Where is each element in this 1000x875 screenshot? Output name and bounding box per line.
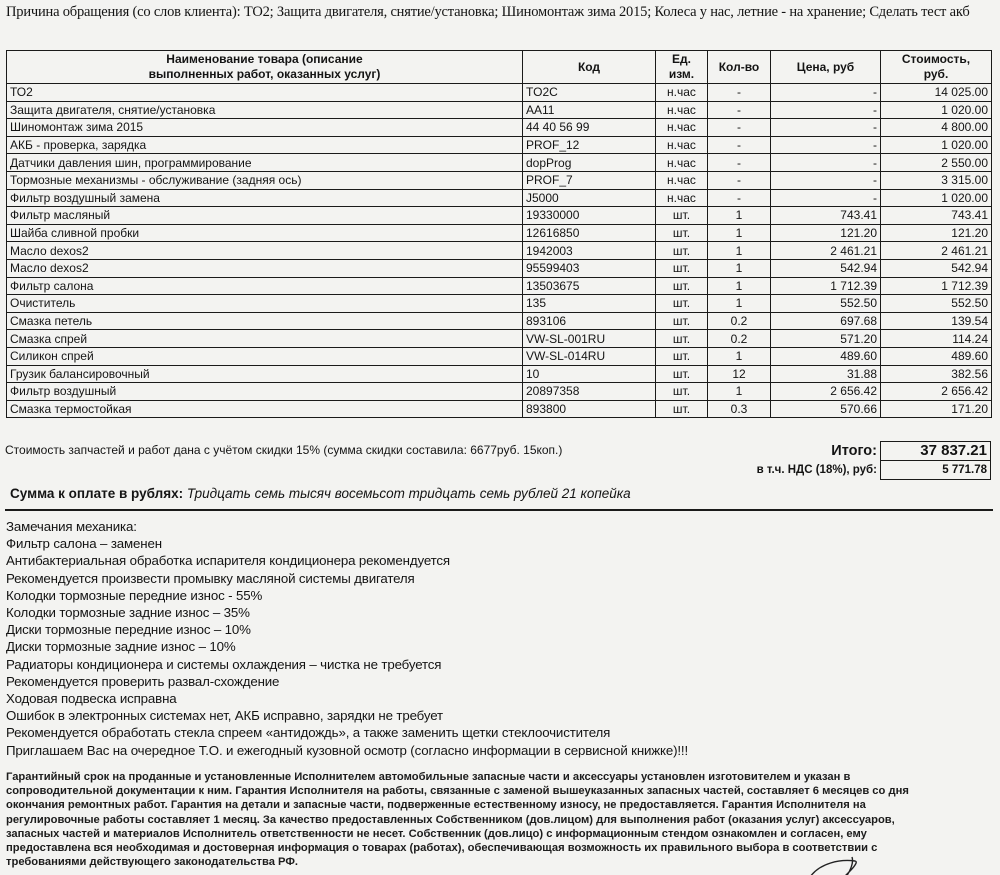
- signature-icon: [800, 855, 890, 875]
- cell-unit: шт.: [656, 330, 708, 348]
- cell-unit: шт.: [656, 383, 708, 401]
- cell-code: 19330000: [523, 207, 656, 225]
- cell-name: АКБ - проверка, зарядка: [7, 136, 523, 154]
- cell-unit: шт.: [656, 207, 708, 225]
- cell-qty: 1: [708, 277, 771, 295]
- cell-cost: 114.24: [881, 330, 992, 348]
- header-unit: Ед. изм.: [656, 51, 708, 84]
- cell-unit: н.час: [656, 119, 708, 137]
- cell-qty: 12: [708, 365, 771, 383]
- cell-cost: 3 315.00: [881, 171, 992, 189]
- cell-code: VW-SL-001RU: [523, 330, 656, 348]
- cell-cost: 743.41: [881, 207, 992, 225]
- mechanic-note-item: Диски тормозные задние износ – 10%: [6, 638, 610, 655]
- header-cost: Стоимость, руб.: [881, 51, 992, 84]
- warranty-line: окончания ремонтных работ. Гарантия на д…: [6, 798, 996, 812]
- totals-block: Итого: 37 837.21 в т.ч. НДС (18%), руб: …: [700, 441, 991, 480]
- cell-name: Шайба сливной пробки: [7, 224, 523, 242]
- cell-cost: 2 656.42: [881, 383, 992, 401]
- mechanic-note-item: Ошибок в электронных системах нет, АКБ и…: [6, 707, 610, 724]
- warranty-line: запасных частей и материалов Исполнитель…: [6, 827, 996, 841]
- mechanic-note-item: Ходовая подвеска исправна: [6, 690, 610, 707]
- warranty-line: сопроводительной документации к ним. Гар…: [6, 784, 996, 798]
- mechanic-note-item: Рекомендуется обработать стекла спреем «…: [6, 724, 610, 741]
- cell-name: Шиномонтаж зима 2015: [7, 119, 523, 137]
- cell-code: 44 40 56 99: [523, 119, 656, 137]
- cell-price: 2 656.42: [771, 383, 881, 401]
- cell-unit: шт.: [656, 242, 708, 260]
- cell-price: 570.66: [771, 400, 881, 418]
- cell-unit: шт.: [656, 259, 708, 277]
- invitation-text: Приглашаем Вас на очередное Т.О. и ежего…: [6, 743, 688, 758]
- cell-cost: 489.60: [881, 347, 992, 365]
- cell-code: 1942003: [523, 242, 656, 260]
- cell-cost: 382.56: [881, 365, 992, 383]
- cell-cost: 171.20: [881, 400, 992, 418]
- mechanic-note-item: Рекомендуется проверить развал-схождение: [6, 673, 610, 690]
- cell-price: 121.20: [771, 224, 881, 242]
- cell-code: PROF_7: [523, 171, 656, 189]
- vat-label: в т.ч. НДС (18%), руб:: [700, 461, 881, 480]
- cell-cost: 1 020.00: [881, 101, 992, 119]
- cell-qty: -: [708, 84, 771, 102]
- table-row: Тормозные механизмы - обслуживание (задн…: [7, 171, 992, 189]
- cell-price: 489.60: [771, 347, 881, 365]
- table-row: Масло dexos295599403шт.1542.94542.94: [7, 259, 992, 277]
- cell-qty: 0.2: [708, 312, 771, 330]
- sum-in-words-label: Сумма к оплате в рублях:: [10, 486, 183, 501]
- cell-qty: 1: [708, 347, 771, 365]
- table-header-row: Наименование товара (описание выполненны…: [7, 51, 992, 84]
- cell-name: Фильтр воздушный замена: [7, 189, 523, 207]
- header-name: Наименование товара (описание выполненны…: [7, 51, 523, 84]
- cell-cost: 542.94: [881, 259, 992, 277]
- cell-qty: 1: [708, 259, 771, 277]
- cell-cost: 1 020.00: [881, 136, 992, 154]
- cell-cost: 139.54: [881, 312, 992, 330]
- cell-price: -: [771, 189, 881, 207]
- cell-cost: 14 025.00: [881, 84, 992, 102]
- cell-code: 10: [523, 365, 656, 383]
- warranty-line: Гарантийный срок на проданные и установл…: [6, 770, 996, 784]
- cell-price: 2 461.21: [771, 242, 881, 260]
- table-row: Смазка спрейVW-SL-001RUшт.0.2571.20114.2…: [7, 330, 992, 348]
- cell-price: 31.88: [771, 365, 881, 383]
- table-row: Грузик балансировочный10шт.1231.88382.56: [7, 365, 992, 383]
- table-row: Фильтр воздушный20897358шт.12 656.422 65…: [7, 383, 992, 401]
- cell-unit: н.час: [656, 189, 708, 207]
- cell-price: 743.41: [771, 207, 881, 225]
- table-row: Датчики давления шин, программированиеdo…: [7, 154, 992, 172]
- mechanic-note-item: Рекомендуется произвести промывку маслян…: [6, 570, 610, 587]
- total-value: 37 837.21: [881, 442, 991, 461]
- cell-code: 13503675: [523, 277, 656, 295]
- cell-qty: 1: [708, 224, 771, 242]
- mechanic-note-item: Радиаторы кондиционера и системы охлажде…: [6, 656, 610, 673]
- cell-price: 571.20: [771, 330, 881, 348]
- table-row: Фильтр салона13503675шт.11 712.391 712.3…: [7, 277, 992, 295]
- cell-cost: 1 020.00: [881, 189, 992, 207]
- mechanic-note-item: Фильтр салона – заменен: [6, 535, 610, 552]
- cell-name: Очиститель: [7, 295, 523, 313]
- cell-price: -: [771, 101, 881, 119]
- cell-qty: -: [708, 119, 771, 137]
- cell-qty: 1: [708, 207, 771, 225]
- cell-cost: 1 712.39: [881, 277, 992, 295]
- table-row: Смазка термостойкая893800шт.0.3570.66171…: [7, 400, 992, 418]
- table-row: Силикон спрейVW-SL-014RUшт.1489.60489.60: [7, 347, 992, 365]
- cell-name: Смазка спрей: [7, 330, 523, 348]
- cell-name: Тормозные механизмы - обслуживание (задн…: [7, 171, 523, 189]
- cell-name: ТО2: [7, 84, 523, 102]
- cell-qty: -: [708, 171, 771, 189]
- cell-price: -: [771, 119, 881, 137]
- cell-qty: 1: [708, 242, 771, 260]
- table-row: Масло dexos21942003шт.12 461.212 461.21: [7, 242, 992, 260]
- table-row: Смазка петель893106шт.0.2697.68139.54: [7, 312, 992, 330]
- cell-name: Грузик балансировочный: [7, 365, 523, 383]
- cell-code: 893106: [523, 312, 656, 330]
- warranty-line: предоставлена вся необходимая и достовер…: [6, 841, 996, 855]
- cell-cost: 4 800.00: [881, 119, 992, 137]
- cell-unit: шт.: [656, 347, 708, 365]
- header-qty: Кол-во: [708, 51, 771, 84]
- cell-qty: -: [708, 136, 771, 154]
- cell-price: -: [771, 84, 881, 102]
- cell-cost: 2 550.00: [881, 154, 992, 172]
- cell-price: -: [771, 136, 881, 154]
- cell-code: J5000: [523, 189, 656, 207]
- cell-unit: шт.: [656, 400, 708, 418]
- cell-unit: н.час: [656, 136, 708, 154]
- cell-code: 135: [523, 295, 656, 313]
- cell-name: Датчики давления шин, программирование: [7, 154, 523, 172]
- cell-code: VW-SL-014RU: [523, 347, 656, 365]
- cell-unit: шт.: [656, 312, 708, 330]
- sum-in-words-value: Тридцать семь тысяч восемьсот тридцать с…: [187, 486, 631, 501]
- section-divider: [5, 509, 993, 511]
- cell-code: 12616850: [523, 224, 656, 242]
- mechanic-notes-title: Замечания механика:: [6, 518, 610, 535]
- table-row: ТО2TO2Cн.час--14 025.00: [7, 84, 992, 102]
- header-code: Код: [523, 51, 656, 84]
- table-row: Защита двигателя, снятие/установкаAA11н.…: [7, 101, 992, 119]
- table-row: Очиститель135шт.1552.50552.50: [7, 295, 992, 313]
- cell-code: PROF_12: [523, 136, 656, 154]
- mechanic-note-item: Колодки тормозные передние износ - 55%: [6, 587, 610, 604]
- cell-unit: н.час: [656, 154, 708, 172]
- cell-name: Смазка термостойкая: [7, 400, 523, 418]
- cell-unit: шт.: [656, 295, 708, 313]
- cell-code: 893800: [523, 400, 656, 418]
- table-row: Фильтр масляный19330000шт.1743.41743.41: [7, 207, 992, 225]
- cell-price: 542.94: [771, 259, 881, 277]
- cell-name: Масло dexos2: [7, 242, 523, 260]
- mechanic-note-item: Колодки тормозные задние износ – 35%: [6, 604, 610, 621]
- mechanic-note-item: Диски тормозные передние износ – 10%: [6, 621, 610, 638]
- cell-price: 1 712.39: [771, 277, 881, 295]
- cell-unit: шт.: [656, 277, 708, 295]
- cell-cost: 121.20: [881, 224, 992, 242]
- cell-unit: шт.: [656, 365, 708, 383]
- warranty-line: регулировочные работы составляет 1 месяц…: [6, 813, 996, 827]
- cell-code: 20897358: [523, 383, 656, 401]
- cell-code: TO2C: [523, 84, 656, 102]
- cell-price: 697.68: [771, 312, 881, 330]
- cell-price: -: [771, 171, 881, 189]
- cell-qty: 0.2: [708, 330, 771, 348]
- cell-qty: 1: [708, 383, 771, 401]
- cell-cost: 2 461.21: [881, 242, 992, 260]
- cell-name: Фильтр масляный: [7, 207, 523, 225]
- cell-code: 95599403: [523, 259, 656, 277]
- cell-qty: 0.3: [708, 400, 771, 418]
- cell-name: Фильтр воздушный: [7, 383, 523, 401]
- mechanic-notes: Замечания механика: Фильтр салона – заме…: [6, 518, 610, 742]
- cell-unit: шт.: [656, 224, 708, 242]
- cell-unit: н.час: [656, 171, 708, 189]
- vat-value: 5 771.78: [881, 461, 991, 480]
- cell-name: Силикон спрей: [7, 347, 523, 365]
- cell-name: Защита двигателя, снятие/установка: [7, 101, 523, 119]
- cell-code: dopProg: [523, 154, 656, 172]
- cell-qty: -: [708, 154, 771, 172]
- cell-price: -: [771, 154, 881, 172]
- table-row: Шиномонтаж зима 201544 40 56 99н.час--4 …: [7, 119, 992, 137]
- table-row: АКБ - проверка, зарядкаPROF_12н.час--1 0…: [7, 136, 992, 154]
- cell-name: Фильтр салона: [7, 277, 523, 295]
- cell-code: AA11: [523, 101, 656, 119]
- table-row: Шайба сливной пробки12616850шт.1121.2012…: [7, 224, 992, 242]
- services-table: Наименование товара (описание выполненны…: [6, 50, 992, 418]
- mechanic-note-item: Антибактериальная обработка испарителя к…: [6, 552, 610, 569]
- cell-unit: н.час: [656, 84, 708, 102]
- discount-note: Стоимость запчастей и работ дана с учёто…: [5, 443, 562, 457]
- cell-qty: 1: [708, 295, 771, 313]
- total-label: Итого:: [700, 442, 881, 461]
- cell-qty: -: [708, 189, 771, 207]
- table-row: Фильтр воздушный заменаJ5000н.час--1 020…: [7, 189, 992, 207]
- cell-name: Смазка петель: [7, 312, 523, 330]
- cell-name: Масло dexos2: [7, 259, 523, 277]
- cell-qty: -: [708, 101, 771, 119]
- sum-in-words: Сумма к оплате в рублях: Тридцать семь т…: [10, 486, 631, 501]
- header-price: Цена, руб: [771, 51, 881, 84]
- client-reason: Причина обращения (со слов клиента): ТО2…: [6, 3, 996, 22]
- cell-price: 552.50: [771, 295, 881, 313]
- cell-unit: н.час: [656, 101, 708, 119]
- cell-cost: 552.50: [881, 295, 992, 313]
